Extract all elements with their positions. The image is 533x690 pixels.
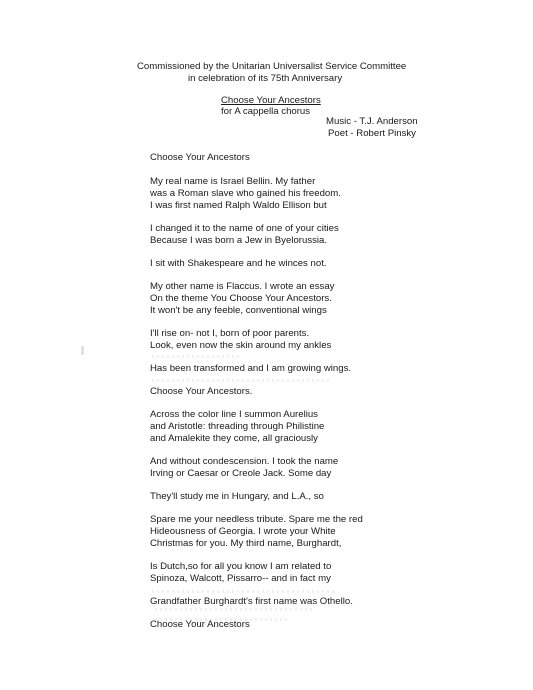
commission-line: Commissioned by the Unitarian Universali… <box>137 61 406 73</box>
poem-line: I was first named Ralph Waldo Ellison bu… <box>150 200 470 212</box>
poem-line: Christmas for you. My third name, Burgha… <box>150 538 470 550</box>
bleed-through-mark <box>152 379 332 382</box>
poem-line: Hideousness of Georgia. I wrote your Whi… <box>150 526 470 538</box>
poet-credit: Poet - Robert Pinsky <box>328 128 416 140</box>
stanza: Is Dutch,so for all you know I am relate… <box>150 561 470 585</box>
music-credit: Music - T.J. Anderson <box>326 116 418 128</box>
stanza-list: My real name is Israel Bellin. My father… <box>150 176 470 631</box>
piece-subtitle: for A cappella chorus <box>221 106 310 118</box>
poem-line: Because I was born a Jew in Byelorussia. <box>150 235 470 247</box>
document-page: Commissioned by the Unitarian Universali… <box>0 0 533 690</box>
poem-line: Spare me your needless tribute. Spare me… <box>150 514 470 526</box>
poem-line: They'll study me in Hungary, and L.A., s… <box>150 491 470 503</box>
stanza: I'll rise on- not I, born of poor parent… <box>150 328 470 352</box>
bleed-through-mark <box>152 566 242 569</box>
stanza: They'll study me in Hungary, and L.A., s… <box>150 491 470 503</box>
poem-line: I'll rise on- not I, born of poor parent… <box>150 328 470 340</box>
poem-line: It won't be any feeble, conventional win… <box>150 305 470 317</box>
poem-line: And without condescension. I took the na… <box>150 456 470 468</box>
poem-line: Grandfather Burghardt's first name was O… <box>150 596 470 608</box>
bleed-through-mark <box>152 590 337 593</box>
scan-speck <box>81 346 84 355</box>
stanza: Has been transformed and I am growing wi… <box>150 363 470 375</box>
poem-line: Irving or Caesar or Creole Jack. Some da… <box>150 468 470 480</box>
poem-title: Choose Your Ancestors <box>150 152 470 164</box>
stanza: My other name is Flaccus. I wrote an ess… <box>150 281 470 317</box>
poem-line: Look, even now the skin around my ankles <box>150 340 470 352</box>
poem-line: Choose Your Ancestors. <box>150 386 470 398</box>
stanza: I changed it to the name of one of your … <box>150 223 470 247</box>
poem-line: Has been transformed and I am growing wi… <box>150 363 470 375</box>
bleed-through-mark <box>152 355 242 358</box>
stanza: Grandfather Burghardt's first name was O… <box>150 596 470 608</box>
stanza: Choose Your Ancestors. <box>150 386 470 398</box>
poem-line: I changed it to the name of one of your … <box>150 223 470 235</box>
poem-line: Spinoza, Walcott, Pissarro-- and in fact… <box>150 573 470 585</box>
stanza: And without condescension. I took the na… <box>150 456 470 480</box>
poem-line: I sit with Shakespeare and he winces not… <box>150 258 470 270</box>
poem-line: On the theme You Choose Your Ancestors. <box>150 293 470 305</box>
poem-line: and Amalekite they come, all graciously <box>150 433 470 445</box>
bleed-through-mark <box>155 618 290 621</box>
bleed-through-mark <box>155 608 315 611</box>
stanza: Across the color line I summon Aureliusa… <box>150 409 470 445</box>
stanza: Spare me your needless tribute. Spare me… <box>150 514 470 550</box>
stanza: I sit with Shakespeare and he winces not… <box>150 258 470 270</box>
poem-line: was a Roman slave who gained his freedom… <box>150 188 470 200</box>
poem-line: Across the color line I summon Aurelius <box>150 409 470 421</box>
poem-line: My other name is Flaccus. I wrote an ess… <box>150 281 470 293</box>
poem-line: My real name is Israel Bellin. My father <box>150 176 470 188</box>
anniversary-line: in celebration of its 75th Anniversary <box>188 73 342 85</box>
poem-line: and Aristotle: threading through Philist… <box>150 421 470 433</box>
stanza: My real name is Israel Bellin. My father… <box>150 176 470 212</box>
